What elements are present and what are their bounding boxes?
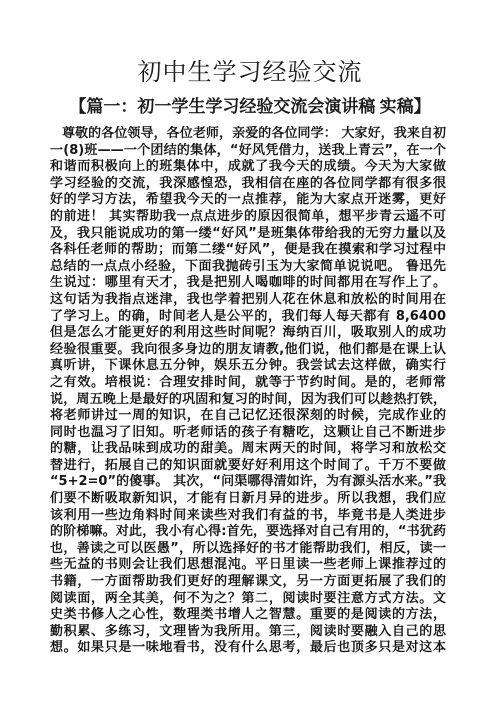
essay-line: 也，善读之可以医愚”，所以选择好的书才能帮助我们，相反，读一 [50,541,446,558]
essay-line: 阅读面，两全其美，何不为之？第二，阅读时要注意方式方法。文 [50,591,446,608]
essay-line: 但是怎么才能更好的利用这些时间呢？海纳百川，吸取别人的成功 [50,325,446,342]
essay-line: 书籍，一方面帮助我们更好的理解课文，另一方面更拓展了我们的 [50,574,446,591]
essay-line: 好的学习方法，希望我今天的一点推荐，能为大家点开迷雾，更好 [50,192,446,209]
essay-line: 替进行，拓展自己的知识面就要好好利用这个时间了。千万不要做 [50,458,446,475]
essay-line: 说，周五晚上是最好的巩固和复习的时间，因为我们可以趁热打铁， [50,392,446,409]
essay-line: 生说过：哪里有天才，我是把别人喝咖啡的时间都用在写作上了。 [50,275,446,292]
essay-line: 各科任老师的帮助；而第二缕“好风”，便是我在摸索和学习过程中 [50,242,446,259]
essay-line: 及，我只能说成功的第一缕“好风”是班集体带给我的无穷力量以及 [50,226,446,243]
page-title: 初中生学习经验交流 [0,0,500,87]
document-page: 初中生学习经验交流 【篇一：初一学生学习经验交流会演讲稿 实稿】 尊敬的各位领导… [0,0,500,707]
essay-line: 学习经验的交流，我深感惶恐，我相信在座的各位同学都有很多很 [50,176,446,193]
essay-line: 了学习上。的确，时间老人是公平的，我们每人每天都有 8,6400 秒， [50,309,446,326]
essay-line: 想。如果只是一味地看书，没有什么思考，最后也顶多只是对这本 [50,640,446,657]
essay-line: 的阶梯嘛。对此，我小有心得:首先，要选择对自己有用的，“书犹药 [50,524,446,541]
section-heading: 【篇一：初一学生学习经验交流会演讲稿 实稿】 [0,92,500,117]
essay-line: 将老师讲过一周的知识，在自己记忆还很深刻的时候，完成作业的 [50,408,446,425]
essay-line: 尊敬的各位领导，各位老师，亲爱的各位同学： 大家好，我来自初 [50,126,446,143]
essay-line: 的前进！ 其实帮助我一点点进步的原因很简单，想平步青云遥不可 [50,209,446,226]
essay-line: 该利用一些边角料时间来读些对我们有益的书，毕竟书是人类进步 [50,508,446,525]
essay-line: 一(8)班——一个团结的集体，“好风凭借力，送我上青云”，在一个 [50,143,446,160]
essay-line: 史类书修人之心性，数理类书增人之智慧。重要的是阅读的方法， [50,607,446,624]
essay-line: 总结的一点点小经验，下面我抛砖引玉为大家简单说说吧。 鲁迅先 [50,259,446,276]
essay-line: 们要不断吸取新知识，才能有日新月异的进步。所以我想，我们应 [50,491,446,508]
essay-line: 和谐而积极向上的班集体中，成就了我今天的成绩。今天为大家做 [50,159,446,176]
essay-line: 勤积累、多练习，文理皆为我所用。第三，阅读时要融入自己的思 [50,624,446,641]
essay-line: 这句话为我指点迷津，我也学着把别人花在休息和放松的时间用在 [50,292,446,309]
essay-body: 尊敬的各位领导，各位老师，亲爱的各位同学： 大家好，我来自初 一(8)班——一个… [50,126,446,657]
essay-line: “5+2=0”的傻事。 其次，“问渠哪得清如许，为有源头活水来。”我 [50,474,446,491]
essay-line: 些无益的书则会让我们思想混沌。平日里读一些老师上课推荐过的 [50,557,446,574]
essay-line: 经验很重要。我向很多身边的朋友请教,他们说，他们都是在课上认 [50,342,446,359]
essay-line: 之有效。培根说：合理安排时间，就等于节约时间。是的，老师常 [50,375,446,392]
essay-line: 的糖，让我品味到成功的甜美。周末两天的时间，将学习和放松交 [50,441,446,458]
essay-line: 同时也温习了旧知。听老师话的孩子有糖吃，这颗让自己不断进步 [50,425,446,442]
essay-line: 真听讲，下课休息五分钟，娱乐五分钟。我尝试去这样做，确实行 [50,358,446,375]
